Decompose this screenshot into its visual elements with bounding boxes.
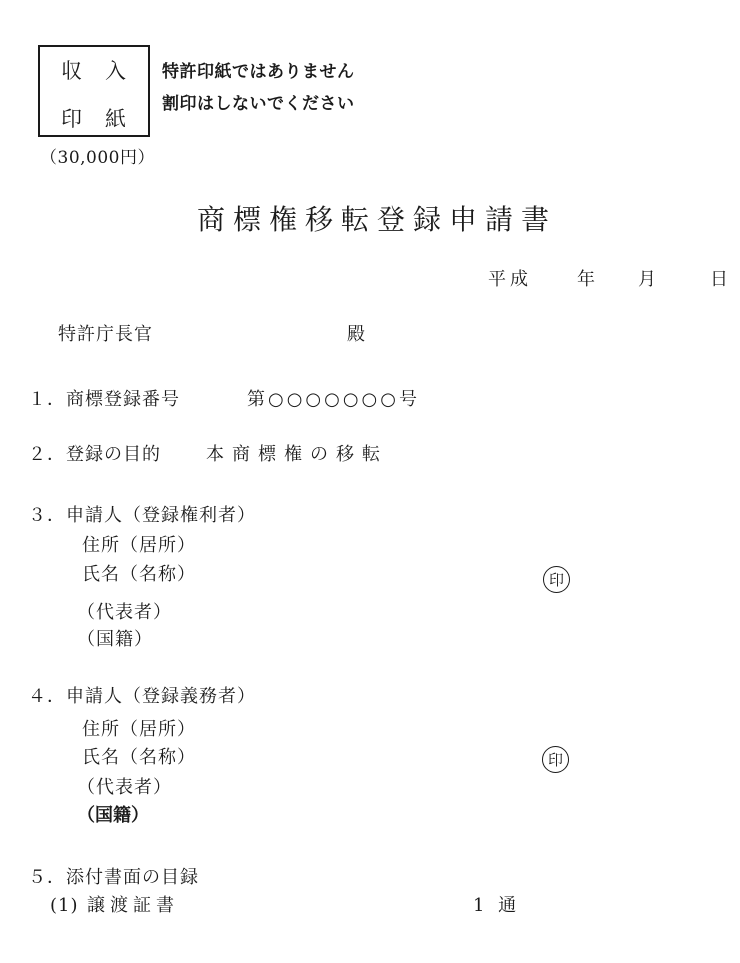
stamp-note-line2: 割印はしないでください — [162, 88, 355, 120]
item4-nationality-label: （国籍） — [77, 805, 149, 827]
seal-mark-icon: 印 — [542, 746, 569, 773]
stamp-box-line1: 収 入 — [40, 55, 148, 85]
item1-label: １．商標登録番号 — [28, 389, 180, 411]
seal-mark-icon: 印 — [543, 566, 570, 593]
item5-heading: ５．添付書面の目録 — [28, 867, 199, 889]
seal-char: 印 — [549, 569, 564, 590]
addressee-honorific: 殿 — [347, 324, 366, 346]
item3-nationality-label: （国籍） — [77, 629, 153, 651]
item4-name-label: 氏名（名称） — [82, 747, 196, 769]
stamp-box-line2: 印 紙 — [40, 103, 148, 133]
seal-char: 印 — [548, 749, 563, 770]
item3-representative-label: （代表者） — [77, 602, 172, 624]
stamp-note-line1: 特許印紙ではありません — [162, 56, 355, 88]
item2-label: ２．登録の目的 — [28, 444, 161, 466]
stamp-note: 特許印紙ではありません 割印はしないでください — [162, 56, 355, 120]
item5-doc-label: 譲渡証書 — [87, 895, 179, 917]
date-line: 平成 年 月 日 — [0, 269, 740, 293]
item3-heading: ３．申請人（登録権利者） — [28, 505, 256, 527]
item5-doc-count: 1 通 — [473, 895, 520, 917]
item3-name-label: 氏名（名称） — [82, 564, 196, 586]
date-month-label: 月 — [638, 269, 657, 291]
item2-value: 本商標権の移転 — [206, 444, 388, 466]
item4-address-label: 住所（居所） — [82, 719, 196, 741]
revenue-stamp-box: 収 入 印 紙 — [38, 45, 150, 137]
addressee-line: 特許庁長官 殿 — [0, 324, 740, 348]
date-day-label: 日 — [710, 269, 729, 291]
item2-line: ２．登録の目的 本商標権の移転 — [0, 444, 740, 468]
item5-doc-line: (1) 譲渡証書 1 通 — [0, 895, 740, 919]
document-page: 収 入 印 紙 特許印紙ではありません 割印はしないでください （30,000円… — [0, 0, 740, 963]
item1-line: １．商標登録番号 第○○○○○○○号 — [0, 389, 740, 413]
item1-value: 第○○○○○○○号 — [247, 389, 420, 411]
date-year-label: 年 — [577, 269, 596, 291]
addressee-name: 特許庁長官 — [58, 324, 153, 346]
date-era-label: 平成 — [488, 269, 532, 291]
item5-doc-number: (1) — [50, 895, 79, 917]
item4-representative-label: （代表者） — [77, 777, 172, 799]
page-title: 商標権移転登録申請書 — [197, 198, 557, 238]
item4-heading: ４．申請人（登録義務者） — [28, 686, 256, 708]
item3-address-label: 住所（居所） — [82, 535, 196, 557]
stamp-fee: （30,000円） — [40, 143, 155, 168]
